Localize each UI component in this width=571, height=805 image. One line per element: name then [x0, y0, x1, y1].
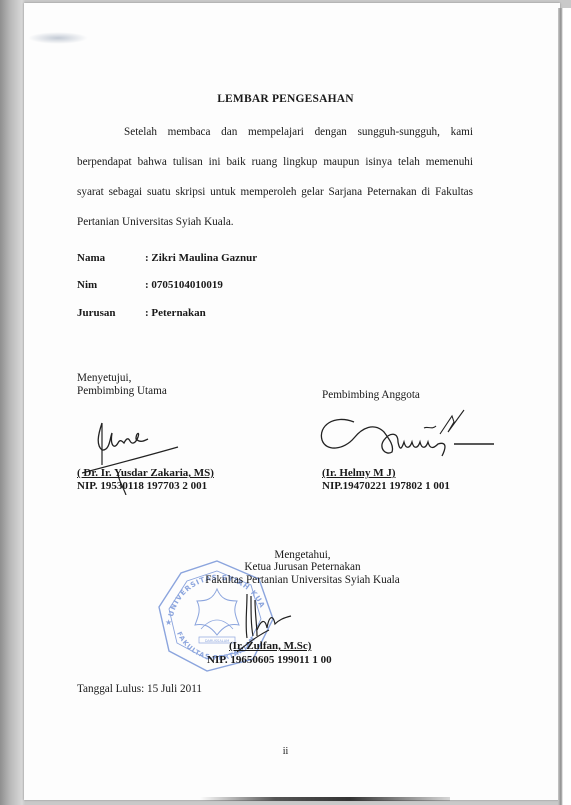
paragraph-line: syarat sebagai suatu skripsi untuk mempe… — [77, 177, 473, 207]
field-label-nama: Nama — [77, 252, 105, 264]
field-label-nim: Nim — [77, 279, 97, 291]
field-label-jurusan: Jurusan — [77, 307, 116, 319]
co-supervisor-name: (Ir. Helmy M J) — [322, 467, 396, 479]
page-edge-shadow — [558, 8, 571, 805]
svg-text:★: ★ — [165, 618, 172, 627]
main-supervisor-name: ( Dr. Ir. Yusdar Zakaria, MS) — [77, 467, 214, 479]
main-supervisor-nip: NIP. 19530118 197703 2 001 — [77, 480, 207, 492]
department-head-nip: NIP. 19650605 199011 1 00 — [207, 654, 332, 666]
paragraph-line: Pertanian Universitas Syiah Kuala. — [77, 207, 473, 237]
acknowledgement-intro: Mengetahui, — [0, 549, 571, 561]
stamp-center-text: DARUSSALAM — [205, 639, 229, 643]
signature-co-supervisor — [314, 408, 534, 468]
field-value-nama: : Zikri Maulina Gaznur — [145, 252, 257, 264]
approval-paragraph: Setelah membaca dan mempelajari dengan s… — [77, 117, 473, 237]
paragraph-line: Setelah membaca dan mempelajari dengan s… — [77, 117, 473, 147]
co-supervisor-nip: NIP.19470221 197802 1 001 — [322, 480, 450, 492]
field-value-nim: : 0705104010019 — [145, 279, 223, 291]
paragraph-line: berpendapat bahwa tulisan ini baik ruang… — [77, 147, 473, 177]
graduation-date: Tanggal Lulus: 15 Juli 2011 — [77, 683, 202, 695]
page-number: ii — [0, 746, 571, 757]
main-supervisor-role: Pembimbing Utama — [77, 385, 167, 397]
approval-intro: Menyetujui, — [77, 372, 131, 384]
co-supervisor-role: Pembimbing Anggota — [322, 389, 420, 401]
scan-smudge — [28, 32, 88, 44]
scan-smudge-bottom — [200, 797, 450, 801]
field-value-jurusan: : Peternakan — [145, 307, 206, 319]
acknowledgement-position: Ketua Jurusan Peternakan — [0, 561, 571, 573]
acknowledgement-faculty: Fakultas Pertanian Universitas Syiah Kua… — [0, 574, 571, 586]
page-title: LEMBAR PENGESAHAN — [0, 93, 571, 105]
department-head-name: (Ir. Zulfan, M.Sc) — [229, 640, 311, 652]
